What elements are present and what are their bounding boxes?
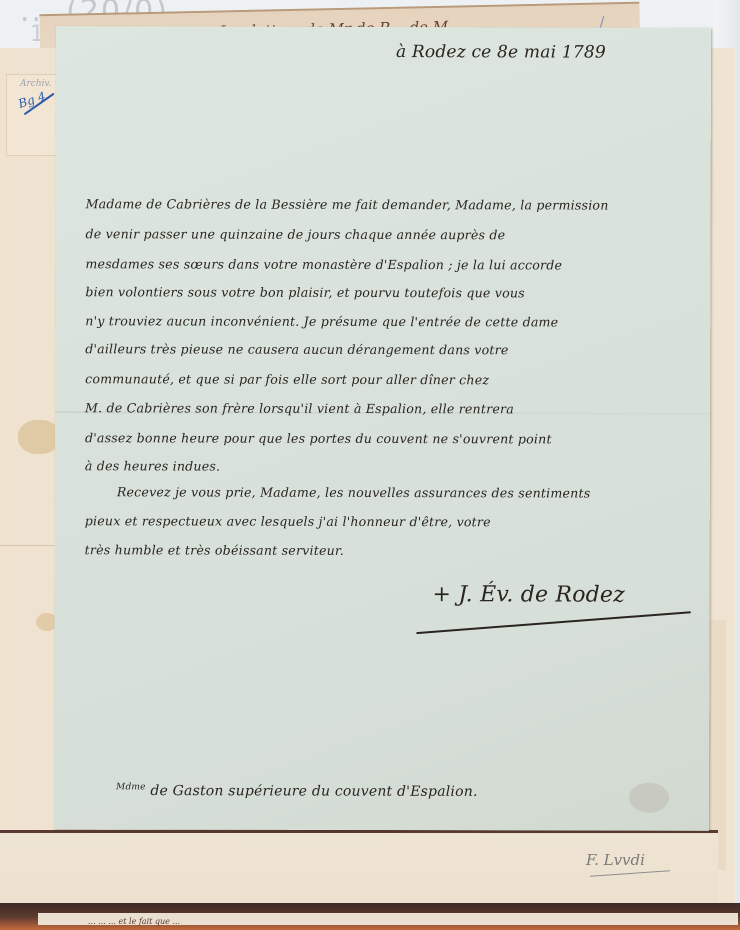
letter-sheet: à Rodez ce 8e mai 1789 Madame de Cabrièr… xyxy=(54,26,711,831)
archive-label-word: Archiv. xyxy=(20,79,51,89)
letter-line: Madame de Cabrières de la Bessière me fa… xyxy=(86,196,609,212)
letter-closing-line: très humble et très obéissant serviteur. xyxy=(85,542,344,558)
letter-line: n'y trouviez aucun inconvénient. Je prés… xyxy=(85,313,558,329)
letter-line: d'assez bonne heure pour que les portes … xyxy=(85,430,552,446)
letter-addressee: Mdme de Gaston supérieure du couvent d'E… xyxy=(116,782,478,800)
letter-dateline: à Rodez ce 8e mai 1789 xyxy=(396,42,606,63)
folder-fold xyxy=(0,545,60,546)
letter-line: d'ailleurs très pieuse ne causera aucun … xyxy=(85,341,508,357)
folder-stain xyxy=(18,420,60,454)
pencil-signature-underline xyxy=(590,870,670,877)
pencil-signature: F. Lvvdi xyxy=(586,851,645,869)
letter-line: communauté, et que si par fois elle sort… xyxy=(85,371,489,387)
letter-signature: + J. Év. de Rodez xyxy=(433,582,625,608)
letter-line: à des heures indues. xyxy=(85,458,220,473)
archive-label: Archiv. Bg 4 xyxy=(6,74,62,156)
bottom-paper-strip: ... ... ... et le fait que ... xyxy=(38,913,738,925)
folder-bottom-strip: F. Lvvdi xyxy=(0,830,718,908)
letter-line: mesdames ses sœurs dans votre monastère … xyxy=(85,256,562,272)
signature-underline xyxy=(416,611,690,633)
bottom-strip-text: ... ... ... et le fait que ... xyxy=(88,917,180,926)
letter-line: M. de Cabrières son frère lorsqu'il vien… xyxy=(85,400,514,416)
addressee-title: Mdme xyxy=(116,782,146,792)
letter-closing-line: pieux et respectueux avec lesquels j'ai … xyxy=(85,513,491,529)
letter-closing-line: Recevez je vous prie, Madame, les nouvel… xyxy=(117,484,591,500)
letter-line: bien volontiers sous votre bon plaisir, … xyxy=(85,284,525,300)
addressee-text: de Gaston supérieure du couvent d'Espali… xyxy=(150,783,477,800)
table-edge: ... ... ... et le fait que ... xyxy=(0,903,740,930)
letter-stain xyxy=(629,783,669,813)
letter-line: de venir passer une quinzaine de jours c… xyxy=(85,226,505,242)
